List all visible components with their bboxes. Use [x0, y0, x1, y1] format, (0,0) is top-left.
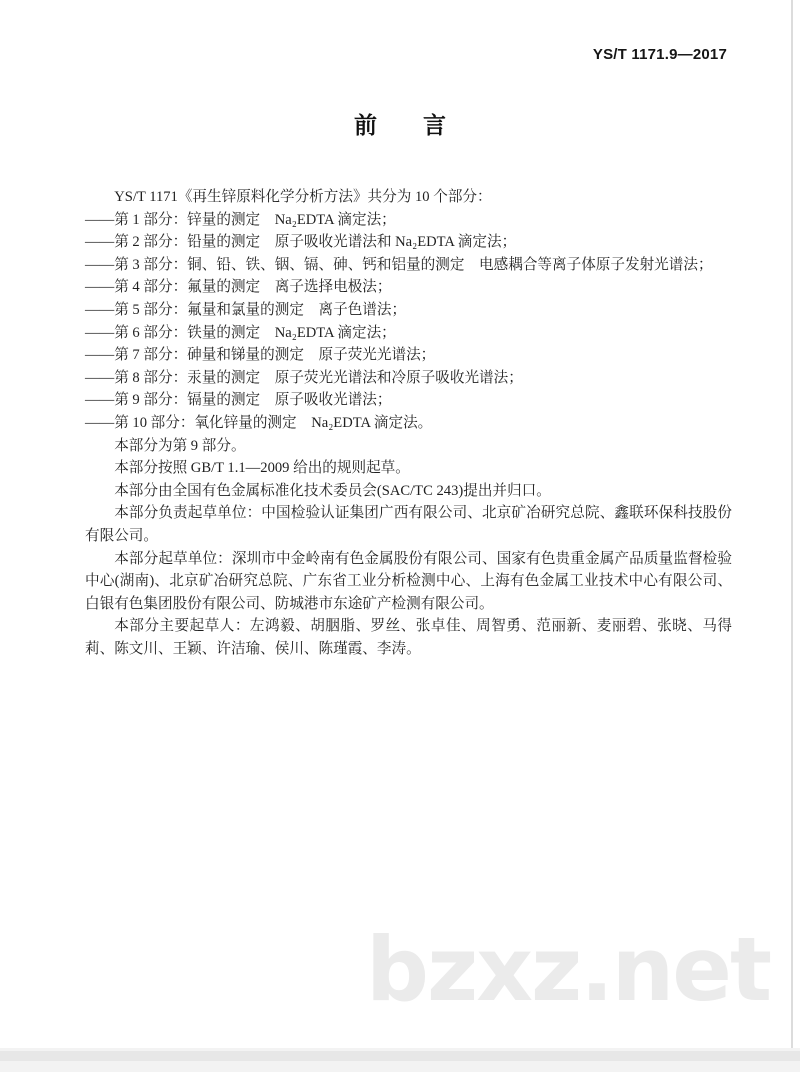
paragraph-lead-drafters: 本部分负责起草单位：中国检验认证集团广西有限公司、北京矿冶研究总院、鑫联环保科技…: [85, 502, 732, 547]
part-item-8: ——第 8 部分：汞量的测定 原子荧光光谱法和冷原子吸收光谱法；: [85, 367, 732, 390]
page-bottom-background: [0, 1061, 800, 1072]
watermark-text: bzxz.net: [366, 918, 770, 1021]
part-item-10: ——第 10 部分：氧化锌量的测定 Na₂EDTA 滴定法。: [85, 412, 732, 435]
intro-paragraph: YS/T 1171《再生锌原料化学分析方法》共分为 10 个部分：: [85, 186, 732, 209]
part-item-2: ——第 2 部分：铅量的测定 原子吸收光谱法和 Na₂EDTA 滴定法；: [85, 231, 732, 254]
page-edge-right: [791, 0, 793, 1048]
paragraph-part-statement: 本部分为第 9 部分。: [85, 435, 732, 458]
foreword-body: YS/T 1171《再生锌原料化学分析方法》共分为 10 个部分： ——第 1 …: [0, 186, 800, 660]
paragraph-drafting-units: 本部分起草单位：深圳市中金岭南有色金属股份有限公司、国家有色贵重金属产品质量监督…: [85, 548, 732, 616]
part-item-5: ——第 5 部分：氟量和氯量的测定 离子色谱法；: [85, 299, 732, 322]
paragraph-drafting-rules: 本部分按照 GB/T 1.1—2009 给出的规则起草。: [85, 457, 732, 480]
page-bottom-edge: [0, 1051, 800, 1061]
part-item-6: ——第 6 部分：铁量的测定 Na₂EDTA 滴定法；: [85, 322, 732, 345]
part-item-3: ——第 3 部分：铜、铅、铁、铟、镉、砷、钙和铝量的测定 电感耦合等离子体原子发…: [85, 254, 732, 277]
part-item-7: ——第 7 部分：砷量和锑量的测定 原子荧光光谱法；: [85, 344, 732, 367]
paragraph-main-drafters: 本部分主要起草人：左鸿毅、胡胭脂、罗丝、张卓佳、周智勇、范丽新、麦丽碧、张晓、马…: [85, 615, 732, 660]
paragraph-committee: 本部分由全国有色金属标准化技术委员会(SAC/TC 243)提出并归口。: [85, 480, 732, 503]
page-title: 前 言: [0, 107, 800, 140]
part-item-9: ——第 9 部分：镉量的测定 原子吸收光谱法；: [85, 389, 732, 412]
part-item-4: ——第 4 部分：氟量的测定 离子选择电极法；: [85, 276, 732, 299]
part-item-1: ——第 1 部分：锌量的测定 Na₂EDTA 滴定法；: [85, 209, 732, 232]
document-page: YS/T 1171.9—2017 前 言 YS/T 1171《再生锌原料化学分析…: [0, 0, 800, 1048]
standard-number: YS/T 1171.9—2017: [0, 0, 800, 63]
